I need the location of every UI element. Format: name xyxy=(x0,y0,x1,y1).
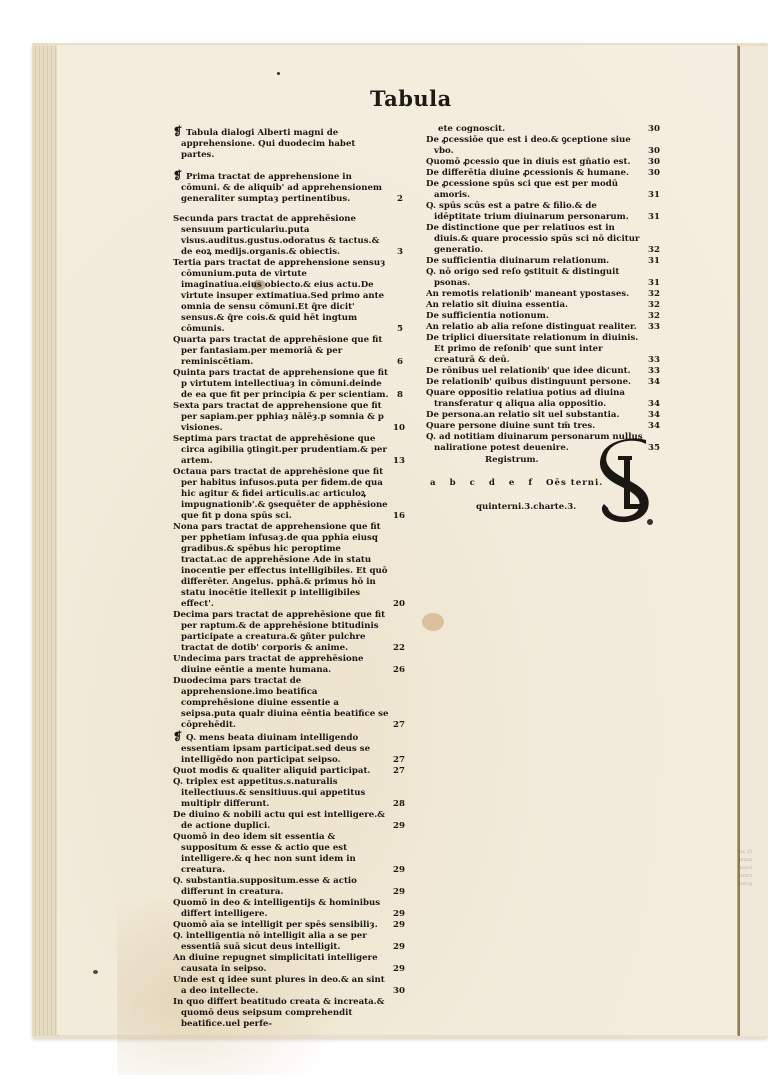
toc-page-number: 30 xyxy=(656,157,660,168)
toc-entry: Q. nō origo sed reſo ꝯstituit & distingu… xyxy=(426,267,660,289)
toc-entry: Decima pars tractat de apprehēsione que … xyxy=(173,610,405,654)
table-of-contents-left-column: ❡ Tabula dialogi Alberti magni de appreh… xyxy=(173,126,405,1030)
toc-entry: An relatio sit diuina essentia.32 xyxy=(426,300,660,311)
signature-letter: d xyxy=(489,478,496,488)
toc-page-number: 30 xyxy=(656,124,660,135)
toc-page-number: 28 xyxy=(401,799,405,810)
toc-entry-text: Octaua pars tractat de apprehēsione que … xyxy=(173,467,388,521)
toc-entry-text: Quare persone diuine sunt tm̄ tres. xyxy=(426,421,595,431)
toc-page-number: 31 xyxy=(656,256,660,267)
toc-page-number: 27 xyxy=(401,755,405,766)
toc-entry: Q. spūs scūs est a patre & filio.& de id… xyxy=(426,201,660,223)
toc-page-number: 31 xyxy=(656,212,660,223)
toc-entry: De sufficientia notionum.32 xyxy=(426,311,660,322)
toc-page-number: 34 xyxy=(656,377,660,388)
toc-entry-text: De differētia diuine ꝓcessionis & humane… xyxy=(426,168,629,178)
toc-entry: Q. triplex est appetitus.s.naturalis ite… xyxy=(173,777,405,810)
toc-page-number: 29 xyxy=(401,821,405,832)
toc-entry-text: De ꝓcessiōe que est i deo.& ꝯceptione si… xyxy=(426,135,631,156)
toc-page-number: 29 xyxy=(401,964,405,975)
toc-entry: De triplici diuersitate relationum in di… xyxy=(426,333,660,366)
toc-page-number: 33 xyxy=(656,366,660,377)
toc-entry-text: Nona pars tractat de apprehensione que f… xyxy=(173,522,388,609)
page-heading: Tabula xyxy=(370,86,452,111)
toc-entry-text: Decima pars tractat de apprehēsione que … xyxy=(173,610,385,653)
toc-page-number: 29 xyxy=(401,887,405,898)
signature-letter: f xyxy=(528,478,533,488)
toc-page-number: 31 xyxy=(656,278,660,289)
toc-page-number: 26 xyxy=(401,665,405,676)
toc-entry: Q. substantia.suppositum.esse & actio di… xyxy=(173,876,405,898)
register-signatures: a b c d e f Oēs terni. xyxy=(430,478,603,488)
toc-entry-text: An relatio ab alia reſone distinguat rea… xyxy=(426,322,637,332)
toc-entry-text: Tabula dialogi Alberti magni de apprehen… xyxy=(181,128,355,160)
toc-entry-text: De persona.an relatio sit uel substantia… xyxy=(426,410,619,420)
toc-page-number: 30 xyxy=(656,146,660,157)
toc-page-number: 13 xyxy=(401,456,405,467)
toc-entry: Sexta pars tractat de apprehensione que … xyxy=(173,401,405,434)
toc-entry-text: De sufficientia diuinarum relationum. xyxy=(426,256,609,266)
toc-entry-text: De diuino & nobili actu qui est intellig… xyxy=(173,810,385,831)
signature-letter: e xyxy=(509,478,515,488)
toc-page-number: 31 xyxy=(656,190,660,201)
toc-entry: De ꝓcessione spūs sci que est per modū a… xyxy=(426,179,660,201)
toc-entry: Septima pars tractat de apprehēsione que… xyxy=(173,434,405,467)
toc-page-number: 22 xyxy=(401,643,405,654)
toc-entry-text: Unde est q idee sunt plures in deo.& an … xyxy=(173,975,385,996)
toc-entry: ❡ Tabula dialogi Alberti magni de appreh… xyxy=(173,126,405,161)
toc-entry: In quo differt beatitudo creata & increa… xyxy=(173,997,405,1030)
toc-page-number: 32 xyxy=(656,311,660,322)
toc-entry-text: Secunda pars tractat de apprehēsione sen… xyxy=(173,214,379,257)
toc-entry: Quomō ꝓcessio que in diuis est gn̄atio e… xyxy=(426,157,660,168)
paper-stain xyxy=(422,613,444,631)
toc-entry: An diuine repugnet simplicitati intellig… xyxy=(173,953,405,975)
toc-entry-text: Quomō ꝓcessio que in diuis est gn̄atio e… xyxy=(426,157,630,167)
toc-entry-text: Quarta pars tractat de apprehēsione que … xyxy=(173,335,382,367)
toc-entry-text: Q. triplex est appetitus.s.naturalis ite… xyxy=(173,777,365,809)
toc-entry: ❡ Q. mens beata diuinam intelligendo ess… xyxy=(173,731,405,766)
toc-entry: Quomō in deo idem sit essentia & supposi… xyxy=(173,832,405,876)
toc-entry: Quinta pars tractat de apprehensione que… xyxy=(173,368,405,401)
toc-entry: Nona pars tractat de apprehensione que f… xyxy=(173,522,405,610)
toc-entry: ete cognoscit.30 xyxy=(426,124,660,135)
toc-entry: De sufficientia diuinarum relationum.31 xyxy=(426,256,660,267)
page-edges-left xyxy=(32,46,59,1036)
toc-entry-text: Tertia pars tractat de apprehensione sen… xyxy=(173,258,385,334)
toc-page-number: 29 xyxy=(401,909,405,920)
toc-entry-text: Q. nō origo sed reſo ꝯstituit & distingu… xyxy=(426,267,619,288)
toc-entry-text: De distinctione que per relatiuos est in… xyxy=(426,223,640,255)
signatures-note: Oēs terni. xyxy=(546,478,603,488)
ink-spot xyxy=(93,970,98,974)
toc-entry: Quarta pars tractat de apprehēsione que … xyxy=(173,335,405,368)
toc-entry-text: Prima tractat de apprehensione in cōmuni… xyxy=(181,172,382,204)
toc-entry: ❡ Prima tractat de apprehensione in cōmu… xyxy=(173,170,405,205)
toc-entry: De relationib' quibus distinguunt person… xyxy=(426,377,660,388)
toc-entry-text: Quot modis & qualiter aliquid participat… xyxy=(173,766,370,776)
toc-page-number: 20 xyxy=(401,599,405,610)
toc-entry-text: Q. mens beata diuinam intelligendo essen… xyxy=(181,733,370,765)
toc-entry-text: Quare oppositio relatiua potius ad diuin… xyxy=(426,388,625,409)
printer-device-icon xyxy=(596,438,660,528)
signature-letter: b xyxy=(450,478,457,488)
toc-entry: De ꝓcessiōe que est i deo.& ꝯceptione si… xyxy=(426,135,660,157)
toc-page-number: 16 xyxy=(401,511,405,522)
toc-entry: Octaua pars tractat de apprehēsione que … xyxy=(173,467,405,522)
toc-entry-text: Quomō in deo idem sit essentia & supposi… xyxy=(173,832,356,875)
toc-entry: De distinctione que per relatiuos est in… xyxy=(426,223,660,256)
toc-entry-text: De relationib' quibus distinguunt person… xyxy=(426,377,631,387)
pilcrow-icon: ❡ xyxy=(173,730,186,743)
toc-entry-text: Sexta pars tractat de apprehensione que … xyxy=(173,401,384,433)
toc-entry: De persona.an relatio sit uel substantia… xyxy=(426,410,660,421)
toc-entry-text: Duodecima pars tractat de apprehensione.… xyxy=(173,676,388,730)
toc-entry: Q. intelligentia nō intelligit alia a se… xyxy=(173,931,405,953)
toc-page-number: 29 xyxy=(401,942,405,953)
toc-entry-text: De rōnibus uel relationib' que idee dicu… xyxy=(426,366,631,376)
toc-entry-text: An relatio sit diuina essentia. xyxy=(426,300,568,310)
toc-entry: Quomō in deo & intelligentijs & hominibu… xyxy=(173,898,405,920)
toc-entry-text: De ꝓcessione spūs sci que est per modū a… xyxy=(426,179,618,200)
pilcrow-icon: ❡ xyxy=(173,125,186,138)
toc-entry: De rōnibus uel relationib' que idee dicu… xyxy=(426,366,660,377)
toc-page-number: 32 xyxy=(656,245,660,256)
toc-page-number: 34 xyxy=(656,421,660,432)
toc-page-number: 27 xyxy=(401,766,405,777)
toc-entry-text: Q. substantia.suppositum.esse & actio di… xyxy=(173,876,357,897)
toc-entry: Duodecima pars tractat de apprehensione.… xyxy=(173,676,405,731)
toc-entry-text: Septima pars tractat de apprehēsione que… xyxy=(173,434,387,466)
toc-page-number: 32 xyxy=(656,300,660,311)
ink-spot xyxy=(277,72,280,75)
pilcrow-icon: ❡ xyxy=(173,169,186,182)
toc-entry-text: Quinta pars tractat de apprehensione que… xyxy=(173,368,388,400)
signature-letter: a xyxy=(430,478,437,488)
toc-entry-text: Undecima pars tractat de apprehēsione di… xyxy=(173,654,363,675)
register-quires: quinterni.3.charte.3. xyxy=(476,502,576,512)
toc-entry: Unde est q idee sunt plures in deo.& an … xyxy=(173,975,405,997)
toc-entry: De differētia diuine ꝓcessionis & humane… xyxy=(426,168,660,179)
toc-page-number: 34 xyxy=(656,399,660,410)
toc-page-number: 33 xyxy=(656,322,660,333)
toc-entry: Quare persone diuine sunt tm̄ tres.34 xyxy=(426,421,660,432)
toc-page-number: 27 xyxy=(401,720,405,731)
toc-entry-text: Q. spūs scūs est a patre & filio.& de id… xyxy=(426,201,629,222)
toc-entry: Undecima pars tractat de apprehēsione di… xyxy=(173,654,405,676)
toc-entry-text: Quomō aīa se intelligit per spēs sensibi… xyxy=(173,920,378,930)
toc-page-number: 29 xyxy=(401,920,405,931)
toc-entry-text: An diuine repugnet simplicitati intellig… xyxy=(173,953,378,974)
toc-entry: An remotis relationib' maneant ypostases… xyxy=(426,289,660,300)
toc-entry-text: Q. intelligentia nō intelligit alia a se… xyxy=(173,931,367,952)
register-title: Registrum. xyxy=(485,455,539,465)
toc-entry: Tertia pars tractat de apprehensione sen… xyxy=(173,258,405,335)
toc-entry: Secunda pars tractat de apprehēsione sen… xyxy=(173,214,405,258)
toc-page-number: 29 xyxy=(401,865,405,876)
toc-entry-text: Quomō in deo & intelligentijs & hominibu… xyxy=(173,898,380,919)
toc-entry: Quare oppositio relatiua potius ad diuin… xyxy=(426,388,660,410)
toc-page-number: 30 xyxy=(401,986,405,997)
toc-page-number: 30 xyxy=(656,168,660,179)
toc-page-number: 33 xyxy=(656,355,660,366)
toc-entry-text: De triplici diuersitate relationum in di… xyxy=(426,333,638,365)
toc-page-number: 34 xyxy=(656,410,660,421)
toc-entry-text: An remotis relationib' maneant ypostases… xyxy=(426,289,629,299)
toc-entry: Quot modis & qualiter aliquid participat… xyxy=(173,766,405,777)
toc-entry: Quomō aīa se intelligit per spēs sensibi… xyxy=(173,920,405,931)
toc-entry-text: De sufficientia notionum. xyxy=(426,311,549,321)
table-of-contents-right-column: ete cognoscit.30De ꝓcessiōe que est i de… xyxy=(426,124,660,454)
toc-entry-text: ete cognoscit. xyxy=(438,124,505,134)
toc-page-number: 10 xyxy=(401,423,405,434)
toc-entry: An relatio ab alia reſone distinguat rea… xyxy=(426,322,660,333)
toc-page-number: 32 xyxy=(656,289,660,300)
toc-entry-text: In quo differt beatitudo creata & increa… xyxy=(173,997,384,1029)
signature-letter: c xyxy=(470,478,476,488)
toc-entry: De diuino & nobili actu qui est intellig… xyxy=(173,810,405,832)
